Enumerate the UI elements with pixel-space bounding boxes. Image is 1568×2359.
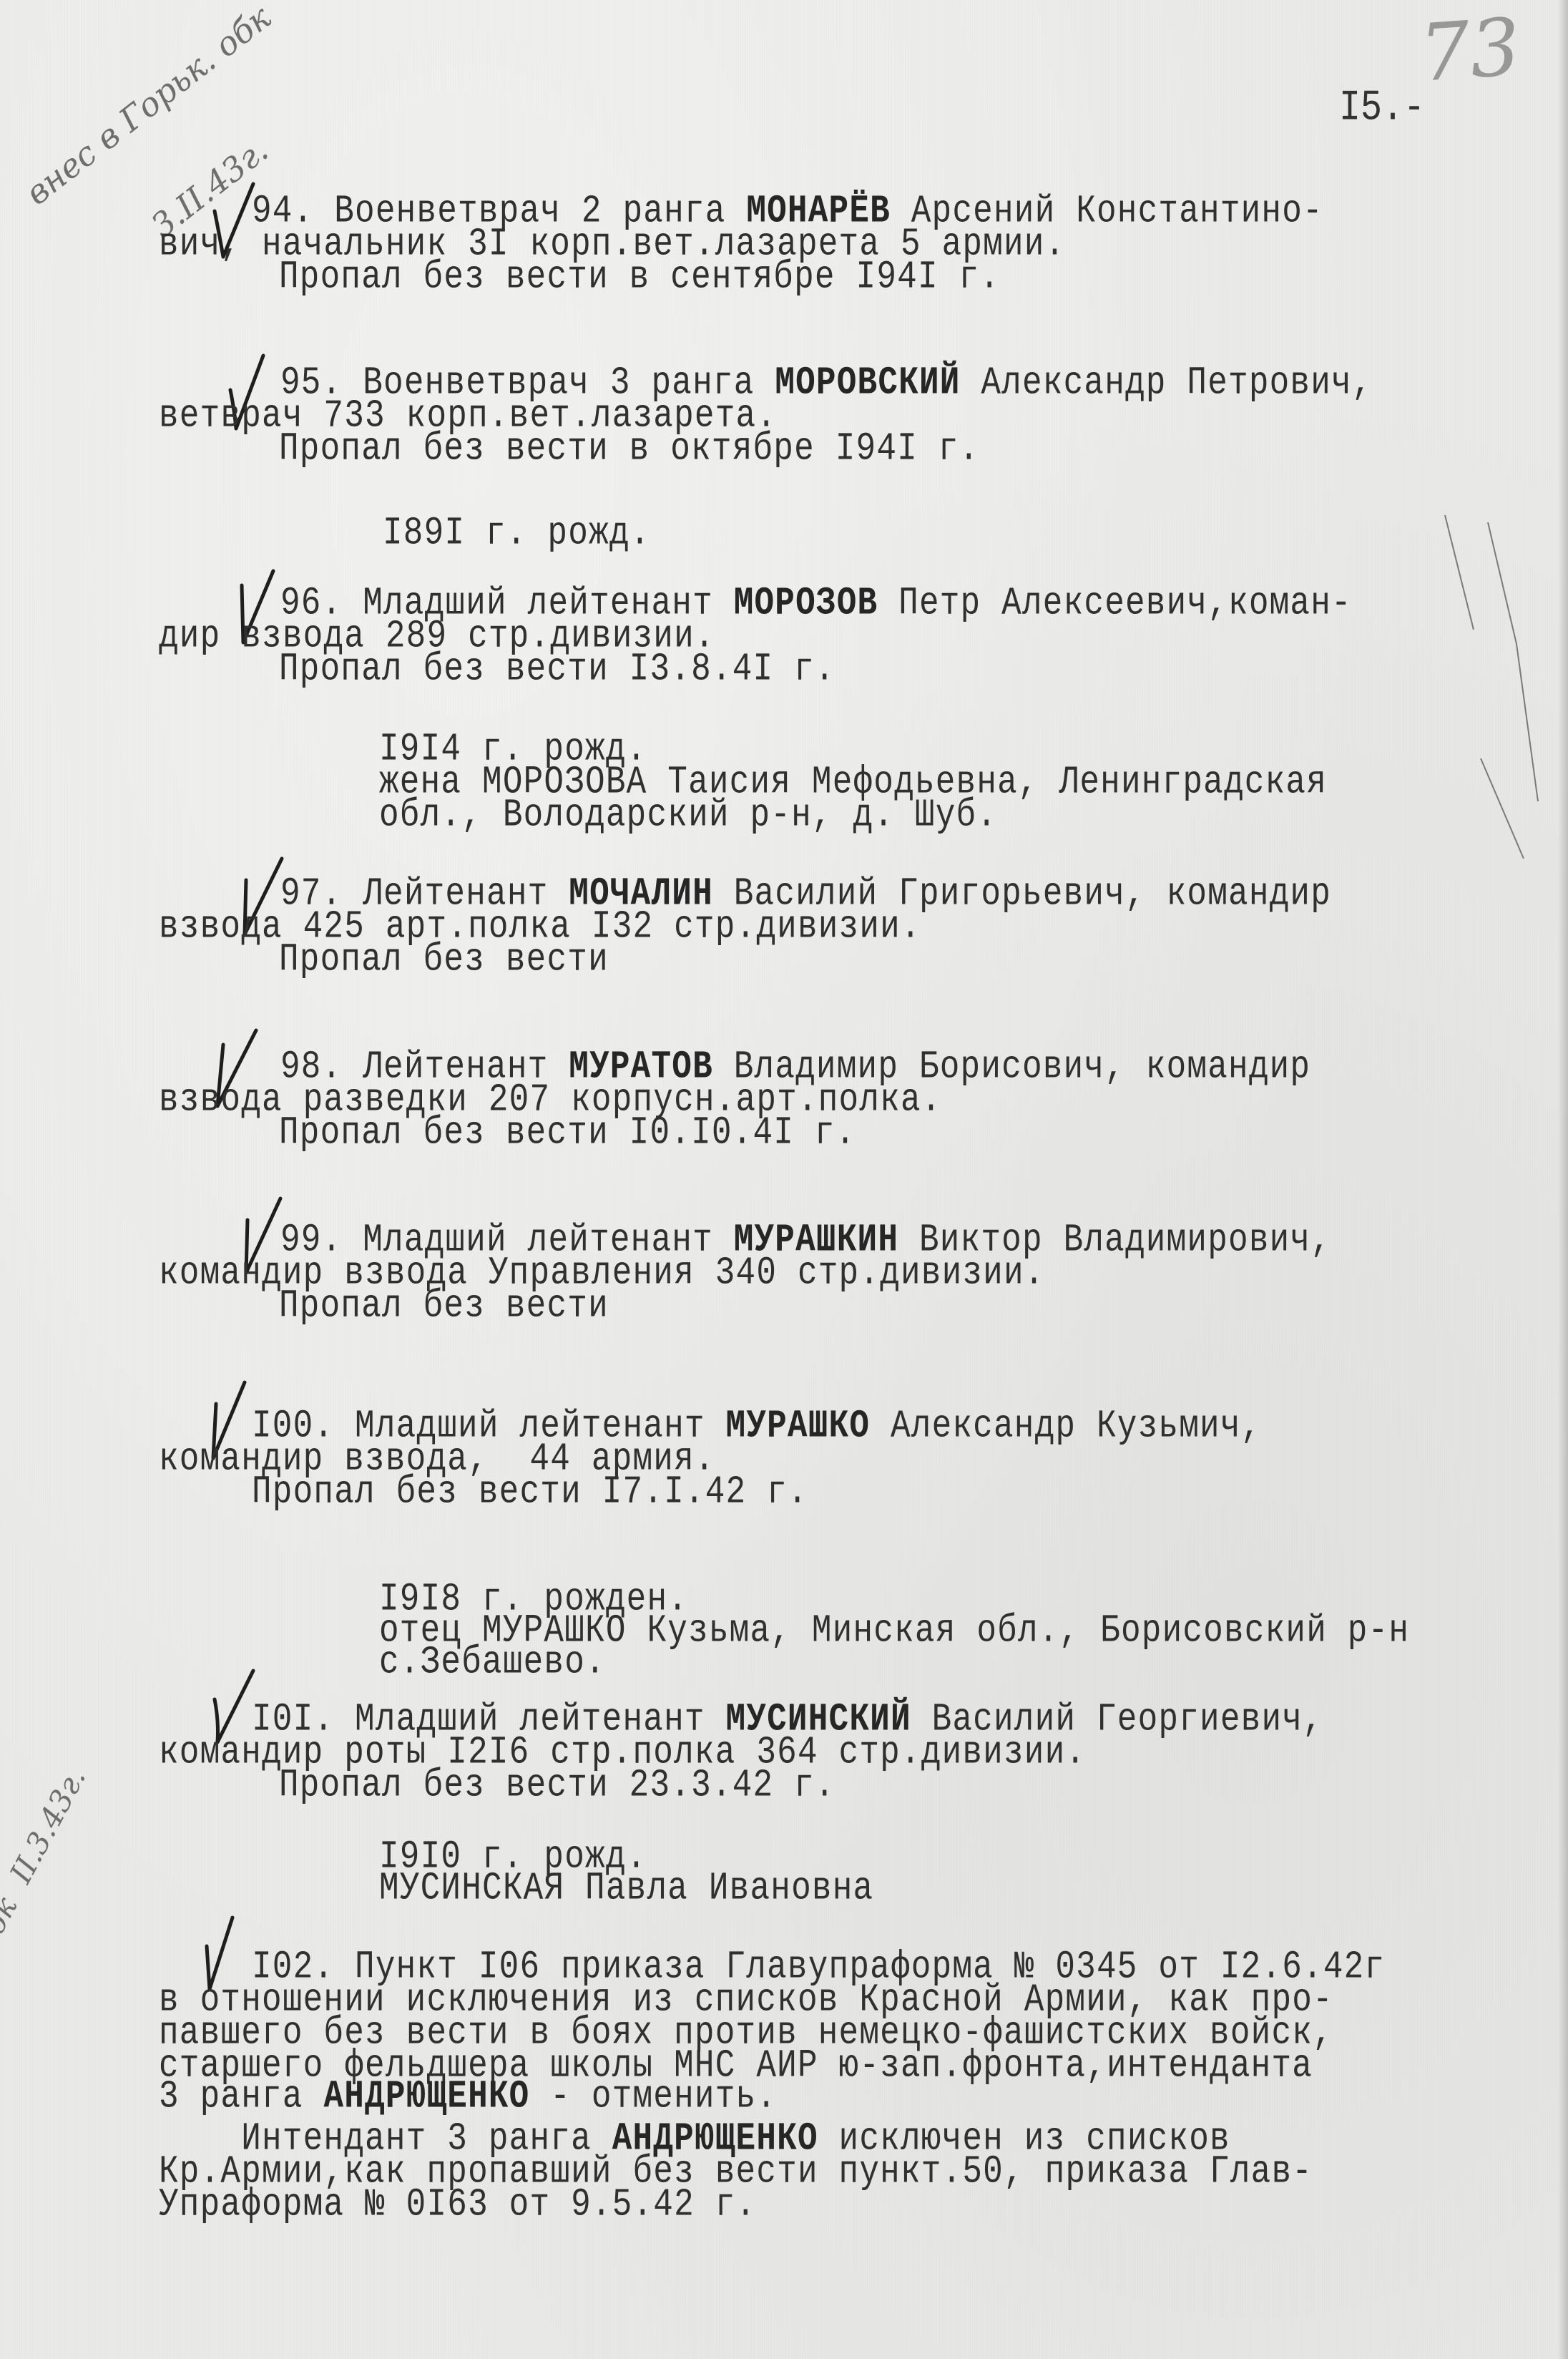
entry-97-status: Пропал без вести (279, 940, 609, 979)
entry-102-line-8: Упраформа № 0I63 от 9.5.42 г. (159, 2185, 756, 2224)
typed-page-number: I5.- (1339, 87, 1425, 130)
surname: МУРАШКО (726, 1404, 871, 1447)
entry-95-status: Пропал без вести в октябре I94I г. (279, 429, 979, 468)
archive-page-number: 73 (1417, 7, 1522, 92)
handwritten-note-101: Вологодский обкII.3.43г. (0, 1679, 124, 1972)
entry-98-status: Пропал без вести I0.I0.4I г. (279, 1113, 856, 1152)
handwritten-note-line: обкII.3.43г. (0, 1760, 94, 1955)
surname: МОРОВСКИЙ (775, 361, 960, 404)
surname: АНДРЮЩЕНКО (323, 2074, 529, 2118)
entry-96-status: Пропал без вести I3.8.4I г. (279, 650, 836, 688)
entry-95-birth: I89I г. рожд. (383, 514, 650, 552)
surname: МОРОЗОВ (734, 581, 878, 625)
pencil-margin-mark (1466, 751, 1552, 869)
entry-101-status: Пропал без вести 23.3.42 г. (279, 1766, 836, 1804)
entry-100-village: с.Зебашево. (379, 1643, 606, 1681)
entry-99-status: Пропал без вести (279, 1286, 609, 1325)
entry-102-line-5: 3 ранга АНДРЮЩЕНКО - отменить. (159, 2077, 777, 2116)
page-edge-shadow (1558, 0, 1568, 2359)
entry-94-status: Пропал без вести в сентябре I94I г. (279, 258, 1000, 296)
entry-100-status: Пропал без вести I7.I.42 г. (252, 1472, 808, 1511)
handwritten-note-date: II.3.43г. (0, 1762, 92, 1908)
entry-101-relative: МУСИНСКАЯ Павла Ивановна (379, 1869, 873, 1908)
entry-96-address: обл., Володарский р-н, д. Шуб. (379, 796, 997, 834)
